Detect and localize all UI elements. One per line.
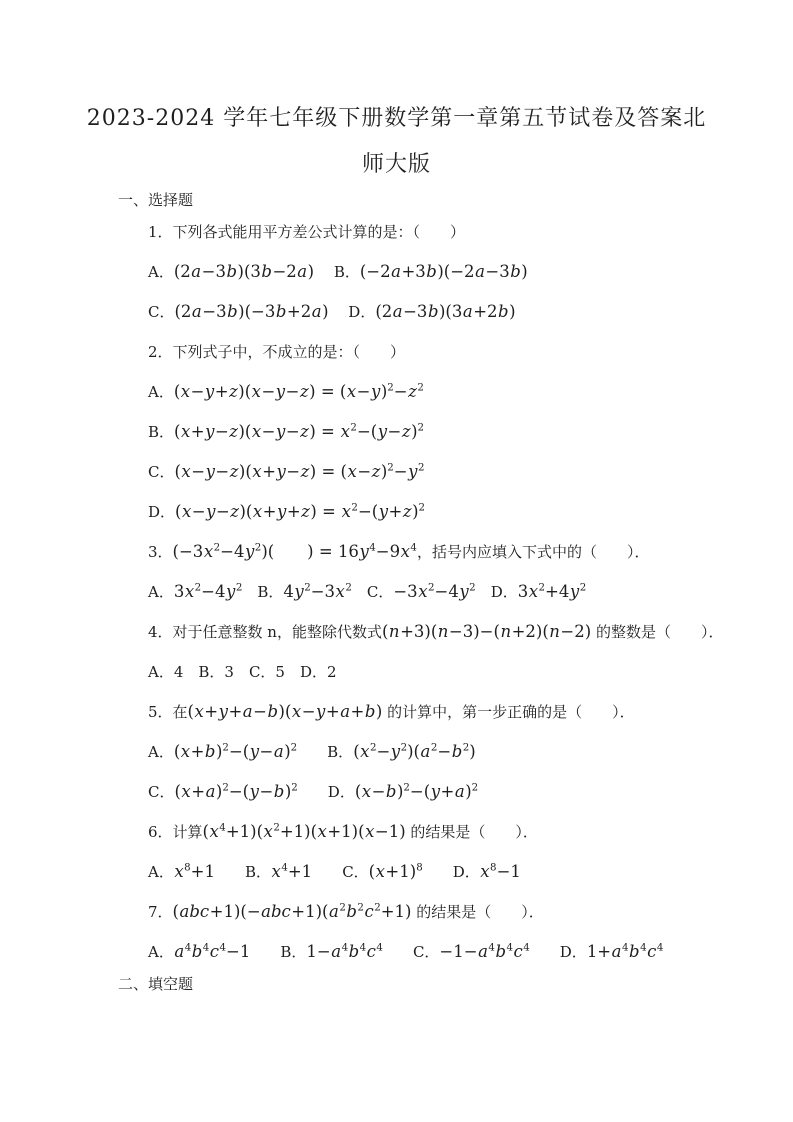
text-run: 5．在 xyxy=(148,703,188,721)
text-run: D． xyxy=(329,303,376,321)
section-heading: 二、填空题 xyxy=(0,972,793,996)
question-stem: 5．在(x+y+a−b)(x−y+a+b) 的计算中，第一步正确的是（ ）． xyxy=(0,692,793,732)
math-expression: (x+y+a−b)(x−y+a+b) xyxy=(188,702,383,721)
text-run: D． xyxy=(530,943,587,961)
text-run: 2．下列式子中，不成立的是：（ ） xyxy=(148,343,405,361)
question-stem: 4．对于任意整数 n，能整除代数式(n+3)(n−3)−(n+2)(n−2) 的… xyxy=(0,612,793,652)
question-stem: 6．计算(x4+1)(x2+1)(x+1)(x−1) 的结果是（ ）． xyxy=(0,812,793,852)
option-row: C．(2a−3b)(−3b+2a) D．(2a−3b)(3a+2b) xyxy=(0,292,793,332)
option-row: A．x8+1 B．x4+1 C．(x+1)8 D．x8−1 xyxy=(0,852,793,892)
text-run: C． xyxy=(148,783,174,801)
text-run: C． xyxy=(383,943,439,961)
text-run: B． xyxy=(314,263,360,281)
math-expression: 4y2−3x2 xyxy=(283,582,352,601)
text-run: D． xyxy=(476,583,518,601)
option-row: A．(x+b)2−(y−a)2 B．(x2−y2)(a2−b2) xyxy=(0,732,793,772)
text-run: B． xyxy=(148,423,174,441)
text-run: A．4 B．3 C．5 D．2 xyxy=(148,663,337,681)
text-run: B． xyxy=(297,743,353,761)
option-row: A．(x−y+z)(x−y−z) = (x−y)2−z2 xyxy=(0,372,793,412)
text-run: A． xyxy=(148,743,174,761)
document-page: 2023-2024 学年七年级下册数学第一章第五节试卷及答案北 师大版 一、选择… xyxy=(0,0,793,996)
math-expression: x8+1 xyxy=(174,862,215,881)
text-run: 的结果是（ ）． xyxy=(411,903,543,921)
math-expression: −1−a4b4c4 xyxy=(439,942,529,961)
text-run: A． xyxy=(148,863,174,881)
text-run: 1．下列各式能用平方差公式计算的是：（ ） xyxy=(148,223,465,241)
option-row: A．a4b4c4−1 B．1−a4b4c4 C．−1−a4b4c4 D．1+a4… xyxy=(0,932,793,972)
text-run: D． xyxy=(148,503,175,521)
text-run: 的结果是（ ）． xyxy=(406,823,538,841)
question-stem: 7．(abc+1)(−abc+1)(a2b2c2+1) 的结果是（ ）． xyxy=(0,892,793,932)
math-expression: (x+a)2−(y−b)2 xyxy=(174,782,297,801)
text-run: 的整数是（ ）． xyxy=(591,623,723,641)
document-body: 一、选择题1．下列各式能用平方差公式计算的是：（ ）A．(2a−3b)(3b−2… xyxy=(0,188,793,996)
math-expression: x4+1 xyxy=(271,862,312,881)
math-expression: 3x2−4y2 xyxy=(174,582,243,601)
option-row: B．(x+y−z)(x−y−z) = x2−(y−z)2 xyxy=(0,412,793,452)
text-run: A． xyxy=(148,583,174,601)
math-expression: (x−y+z)(x−y−z) = (x−y)2−z2 xyxy=(174,382,424,401)
math-expression: 1+a4b4c4 xyxy=(587,942,664,961)
math-expression: (2a−3b)(3b−2a) xyxy=(174,262,314,281)
option-row: A．4 B．3 C．5 D．2 xyxy=(0,652,793,692)
question-stem: 3．(−3x2−4y2)( ) = 16y4−9x4，括号内应填入下式中的（ ）… xyxy=(0,532,793,572)
math-expression: (x4+1)(x2+1)(x+1)(x−1) xyxy=(203,822,406,841)
text-run: A． xyxy=(148,943,174,961)
math-expression: (x+y−z)(x−y−z) = x2−(y−z)2 xyxy=(174,422,424,441)
math-expression: a4b4c4−1 xyxy=(174,942,251,961)
text-run: C． xyxy=(148,303,174,321)
page-title-line-1: 2023-2024 学年七年级下册数学第一章第五节试卷及答案北 xyxy=(0,96,793,142)
math-expression: (x+b)2−(y−a)2 xyxy=(174,742,297,761)
option-row: C．(x−y−z)(x+y−z) = (x−z)2−y2 xyxy=(0,452,793,492)
option-row: C．(x+a)2−(y−b)2 D．(x−b)2−(y+a)2 xyxy=(0,772,793,812)
text-run: B． xyxy=(242,583,283,601)
math-expression: (−3x2−4y2)( ) = 16y4−9x4 xyxy=(173,542,417,561)
text-run: D． xyxy=(423,863,480,881)
question-stem: 1．下列各式能用平方差公式计算的是：（ ） xyxy=(0,212,793,252)
math-expression: 1−a4b4c4 xyxy=(306,942,383,961)
text-run: B． xyxy=(250,943,306,961)
text-run: A． xyxy=(148,383,174,401)
text-run: A． xyxy=(148,263,174,281)
text-run: 一、选择题 xyxy=(118,191,193,209)
math-expression: (x2−y2)(a2−b2) xyxy=(353,742,476,761)
text-run: C． xyxy=(312,863,368,881)
math-expression: x8−1 xyxy=(480,862,521,881)
math-expression: (−2a+3b)(−2a−3b) xyxy=(360,262,528,281)
math-expression: (n+3)(n−3)−(n+2)(n−2) xyxy=(382,622,591,641)
text-run: 7． xyxy=(148,903,173,921)
page-title-line-2: 师大版 xyxy=(0,142,793,188)
math-expression: (abc+1)(−abc+1)(a2b2c2+1) xyxy=(173,902,412,921)
math-expression: (x−b)2−(y+a)2 xyxy=(355,782,478,801)
math-expression: (x−y−z)(x+y−z) = (x−z)2−y2 xyxy=(174,462,424,481)
option-row: A．3x2−4y2 B．4y2−3x2 C．−3x2−4y2 D．3x2+4y2 xyxy=(0,572,793,612)
text-run: 4．对于任意整数 n，能整除代数式 xyxy=(148,623,382,641)
option-row: D．(x−y−z)(x+y+z) = x2−(y+z)2 xyxy=(0,492,793,532)
question-stem: 2．下列式子中，不成立的是：（ ） xyxy=(0,332,793,372)
text-run: B． xyxy=(215,863,271,881)
section-heading: 一、选择题 xyxy=(0,188,793,212)
text-run: D． xyxy=(298,783,355,801)
text-run: ，括号内应填入下式中的（ ）． xyxy=(417,543,650,561)
math-expression: (2a−3b)(3a+2b) xyxy=(375,302,515,321)
text-run: 3． xyxy=(148,543,173,561)
math-expression: (2a−3b)(−3b+2a) xyxy=(174,302,328,321)
text-run: 6．计算 xyxy=(148,823,203,841)
option-row: A．(2a−3b)(3b−2a) B．(−2a+3b)(−2a−3b) xyxy=(0,252,793,292)
math-expression: −3x2−4y2 xyxy=(393,582,475,601)
math-expression: (x−y−z)(x+y+z) = x2−(y+z)2 xyxy=(175,502,425,521)
text-run: C． xyxy=(352,583,393,601)
text-run: 二、填空题 xyxy=(118,975,193,993)
text-run: 的计算中，第一步正确的是（ ）． xyxy=(382,703,634,721)
text-run: C． xyxy=(148,463,174,481)
math-expression: 3x2+4y2 xyxy=(518,582,587,601)
math-expression: (x+1)8 xyxy=(369,862,423,881)
